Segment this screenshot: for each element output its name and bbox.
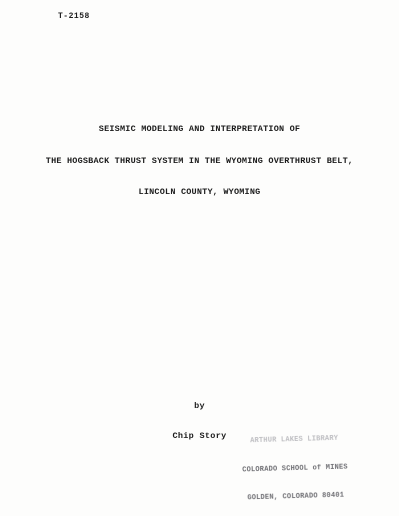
library-stamp-line-1: ARTHUR LAKES LIBRARY: [211, 434, 377, 448]
scanned-title-page: T-2158 SEISMIC MODELING AND INTERPRETATI…: [0, 0, 399, 516]
library-stamp-line-2: COLORADO SCHOOL of MINES: [212, 462, 378, 476]
document-number: T-2158: [58, 12, 90, 21]
library-stamp-line-3: GOLDEN, COLORADO 80401: [213, 491, 379, 505]
library-stamp: ARTHUR LAKES LIBRARY COLORADO SCHOOL of …: [211, 415, 380, 516]
thesis-title-line-2: THE HOGSBACK THRUST SYSTEM IN THE WYOMIN…: [0, 156, 399, 167]
thesis-title-line-3: LINCOLN COUNTY, WYOMING: [0, 187, 399, 198]
byline-by-label: by: [0, 401, 399, 411]
thesis-title-line-1: SEISMIC MODELING AND INTERPRETATION OF: [0, 124, 399, 135]
thesis-title: SEISMIC MODELING AND INTERPRETATION OF T…: [0, 103, 399, 219]
